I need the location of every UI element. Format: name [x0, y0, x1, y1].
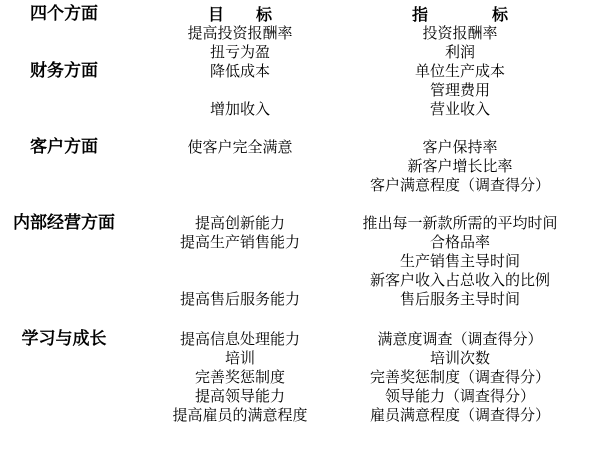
section-customer: 客户方面 使客户完全满意 客户保持率 新客户增长比率 客户满意程度（调查得分）: [0, 138, 600, 195]
metric-cell: 投资报酬率: [352, 24, 568, 43]
metric-cell: 培训次数: [352, 349, 568, 368]
metric-cell: 推出每一新款所需的平均时间: [352, 214, 568, 233]
metric-cell: 单位生产成本: [352, 62, 568, 81]
metric-cell: 完善奖惩制度（调查得分）: [352, 368, 568, 387]
table-row: 生产销售主导时间: [0, 252, 600, 271]
section-learning-growth: 学习与成长 提高信息处理能力 满意度调查（调查得分） 培训 培训次数 完善奖惩制…: [0, 330, 600, 425]
table-row: 管理费用: [0, 81, 600, 100]
table-row: 完善奖惩制度 完善奖惩制度（调查得分）: [0, 368, 600, 387]
goal-cell: 提高创新能力: [128, 214, 352, 233]
metric-cell: 售后服务主导时间: [352, 290, 568, 309]
goal-cell: 提高信息处理能力: [128, 330, 352, 349]
aspect-label-customer: 客户方面: [0, 138, 128, 157]
goal-cell: 提高领导能力: [128, 387, 352, 406]
goal-cell: 使客户完全满意: [128, 138, 352, 157]
header-goal: 目 标: [128, 5, 352, 24]
table-row: 学习与成长 提高信息处理能力 满意度调查（调查得分）: [0, 330, 600, 349]
table-row: 客户方面 使客户完全满意 客户保持率: [0, 138, 600, 157]
metric-cell: 新客户收入占总收入的比例: [352, 271, 568, 290]
goal-cell: 完善奖惩制度: [128, 368, 352, 387]
metric-cell: 生产销售主导时间: [352, 252, 568, 271]
metric-cell: 雇员满意程度（调查得分）: [352, 406, 568, 425]
metric-cell: 营业收入: [352, 100, 568, 119]
goal-cell: 提高售后服务能力: [128, 290, 352, 309]
goal-cell: 提高投资报酬率: [128, 24, 352, 43]
header-aspect: 四个方面: [0, 5, 128, 24]
goal-cell: 扭亏为盈: [128, 43, 352, 62]
metric-cell: 新客户增长比率: [352, 157, 568, 176]
section-internal-process: 内部经营方面 提高创新能力 推出每一新款所需的平均时间 提高生产销售能力 合格品…: [0, 214, 600, 309]
metric-cell: 客户保持率: [352, 138, 568, 157]
metric-cell: 利润: [352, 43, 568, 62]
goal-cell: 提高生产销售能力: [128, 233, 352, 252]
metric-cell: 客户满意程度（调查得分）: [352, 176, 568, 195]
goal-cell: 增加收入: [128, 100, 352, 119]
table-row: 财务方面 降低成本 单位生产成本: [0, 62, 600, 81]
metric-cell: 满意度调查（调查得分）: [352, 330, 568, 349]
table-row: 提高雇员的满意程度 雇员满意程度（调查得分）: [0, 406, 600, 425]
table-row: 增加收入 营业收入: [0, 100, 600, 119]
metric-cell: 管理费用: [352, 81, 568, 100]
header-metric: 指 标: [352, 5, 568, 24]
scorecard-page: 四个方面 目 标 指 标 提高投资报酬率 投资报酬率 扭亏为盈 利润 财务方面 …: [0, 0, 600, 451]
section-finance: 提高投资报酬率 投资报酬率 扭亏为盈 利润 财务方面 降低成本 单位生产成本 管…: [0, 24, 600, 119]
table-row: 提高售后服务能力 售后服务主导时间: [0, 290, 600, 309]
goal-cell: 降低成本: [128, 62, 352, 81]
table-row: 提高生产销售能力 合格品率: [0, 233, 600, 252]
goal-cell: 提高雇员的满意程度: [128, 406, 352, 425]
aspect-label-internal-process: 内部经营方面: [0, 214, 128, 233]
table-row: 提高投资报酬率 投资报酬率: [0, 24, 600, 43]
table-row: 新客户增长比率: [0, 157, 600, 176]
table-row: 客户满意程度（调查得分）: [0, 176, 600, 195]
table-row: 新客户收入占总收入的比例: [0, 271, 600, 290]
metric-cell: 合格品率: [352, 233, 568, 252]
table-header-row: 四个方面 目 标 指 标: [0, 5, 600, 24]
table-row: 扭亏为盈 利润: [0, 43, 600, 62]
goal-cell: 培训: [128, 349, 352, 368]
metric-cell: 领导能力（调查得分）: [352, 387, 568, 406]
aspect-label-finance: 财务方面: [0, 62, 128, 81]
aspect-label-learning-growth: 学习与成长: [0, 330, 128, 349]
table-row: 培训 培训次数: [0, 349, 600, 368]
table-row: 提高领导能力 领导能力（调查得分）: [0, 387, 600, 406]
table-row: 内部经营方面 提高创新能力 推出每一新款所需的平均时间: [0, 214, 600, 233]
